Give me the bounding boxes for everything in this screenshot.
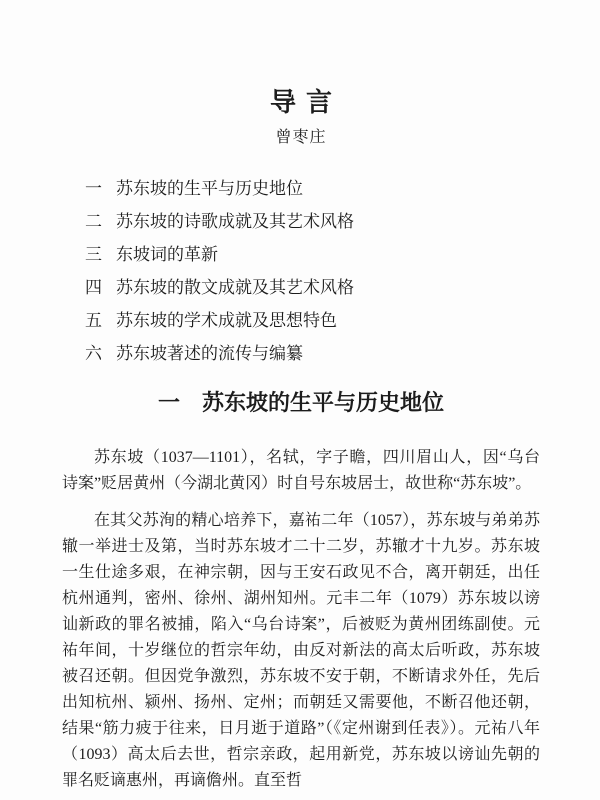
document-page: 导言 曾枣庄 一 苏东坡的生平与历史地位 二 苏东坡的诗歌成就及其艺术风格 三 … (0, 0, 600, 800)
body-paragraph: 在其父苏洵的精心培养下，嘉祐二年（1057），苏东坡与弟弟苏辙一举进士及第，当时… (62, 508, 540, 794)
toc-item-number: 三 (85, 240, 102, 265)
section-number: 一 (158, 390, 180, 415)
section-title: 苏东坡的生平与历史地位 (202, 390, 444, 415)
body-paragraph: 苏东坡（1037—1101），名轼，字子瞻，四川眉山人，因“乌台诗案”贬居黄州（… (62, 445, 540, 497)
toc-item: 二 苏东坡的诗歌成就及其艺术风格 (62, 203, 540, 236)
body-text: 苏东坡（1037—1101），名轼，字子瞻，四川眉山人，因“乌台诗案”贬居黄州（… (62, 445, 540, 794)
toc-item: 五 苏东坡的学术成就及思想特色 (62, 302, 540, 335)
section-heading: 一苏东坡的生平与历史地位 (62, 388, 540, 418)
toc-item-label: 苏东坡的散文成就及其艺术风格 (116, 273, 354, 298)
toc-item-number: 六 (85, 339, 102, 364)
table-of-contents: 一 苏东坡的生平与历史地位 二 苏东坡的诗歌成就及其艺术风格 三 东坡词的革新 … (62, 170, 540, 368)
toc-item-label: 苏东坡著述的流传与编纂 (116, 339, 303, 364)
author-name: 曾枣庄 (62, 128, 540, 148)
toc-item-label: 苏东坡的生平与历史地位 (116, 174, 303, 199)
toc-item-number: 二 (85, 207, 102, 232)
toc-item: 六 苏东坡著述的流传与编纂 (62, 335, 540, 368)
toc-item-number: 一 (85, 174, 102, 199)
toc-item: 三 东坡词的革新 (62, 236, 540, 269)
toc-item-number: 四 (85, 273, 102, 298)
toc-item-label: 苏东坡的诗歌成就及其艺术风格 (116, 207, 354, 232)
toc-item-label: 东坡词的革新 (116, 240, 218, 265)
toc-item-number: 五 (85, 306, 102, 331)
toc-item-label: 苏东坡的学术成就及思想特色 (116, 306, 337, 331)
chapter-title: 导言 (62, 88, 540, 118)
toc-item: 四 苏东坡的散文成就及其艺术风格 (62, 269, 540, 302)
toc-item: 一 苏东坡的生平与历史地位 (62, 170, 540, 203)
